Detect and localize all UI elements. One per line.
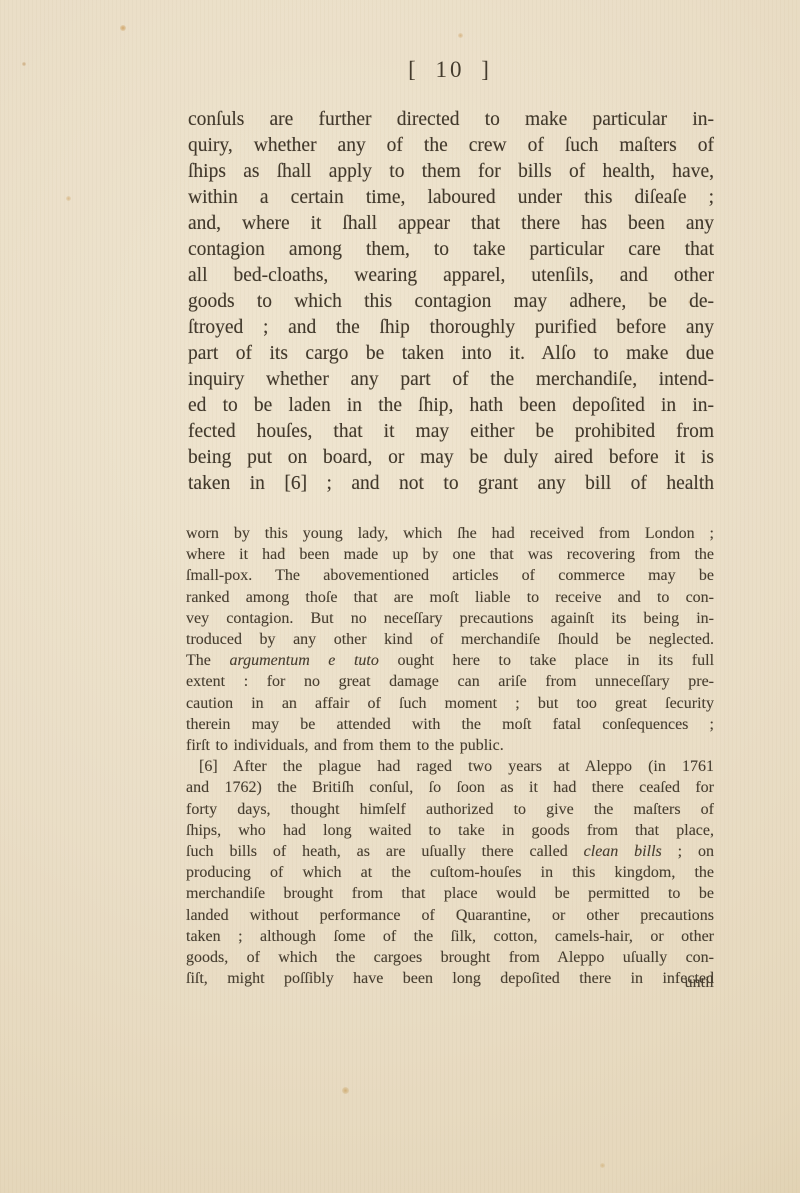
text-line: The argumentum e tuto ought here to take… (186, 650, 714, 671)
catchword: until (186, 972, 714, 993)
book-page: [ 10 ] conſuls are further directed to m… (0, 0, 800, 1193)
text-line: extent : for no great damage can ariſe f… (186, 671, 714, 692)
text-line: taken ; although ſome of the ſilk, cotto… (186, 926, 714, 947)
main-text-block: conſuls are further directed to make par… (188, 107, 714, 497)
text-line: part of its cargo be taken into it. Alſo… (188, 341, 714, 367)
text-line: ſtroyed ; and the ſhip thoroughly purifi… (188, 315, 714, 341)
text-line: ſuch bills of heath, as are uſually ther… (186, 841, 714, 862)
foxing-spot (342, 1087, 349, 1094)
text-line: ſmall-pox. The abovementioned articles o… (186, 565, 714, 586)
text-line: fected houſes, that it may either be pro… (188, 419, 714, 445)
text-line: ranked among thoſe that are moſt liable … (186, 587, 714, 608)
text-line: ſhips as ſhall apply to them for bills o… (188, 159, 714, 185)
text-line: goods to which this contagion may adhere… (188, 289, 714, 315)
text-line: conſuls are further directed to make par… (188, 107, 714, 133)
foxing-spot (600, 1163, 605, 1168)
text-line: goods, of which the cargoes brought from… (186, 947, 714, 968)
text-line: producing of which at the cuſtom-houſes … (186, 862, 714, 883)
foxing-spot (66, 196, 71, 201)
foxing-spot (458, 33, 463, 38)
footnote-paragraph-continued: worn by this young lady, which ſhe had r… (186, 523, 714, 756)
text-line: forty days, thought himſelf authorized t… (186, 799, 714, 820)
text-line: troduced by any other kind of merchandiſ… (186, 629, 714, 650)
text-line: all bed-cloaths, wearing apparel, utenſi… (188, 263, 714, 289)
text-line: [6] After the plague had raged two years… (186, 756, 714, 777)
page-number: [ 10 ] (186, 57, 714, 83)
text-line: ſhips, who had long waited to take in go… (186, 820, 714, 841)
text-line: quiry, whether any of the crew of ſuch m… (188, 133, 714, 159)
text-line: where it had been made up by one that wa… (186, 544, 714, 565)
text-line: therein may be attended with the moſt fa… (186, 714, 714, 735)
text-line: caution in an affair of ſuch moment ; bu… (186, 693, 714, 714)
text-line: taken in [6] ; and not to grant any bill… (188, 471, 714, 497)
text-line: contagion among them, to take particular… (188, 237, 714, 263)
foxing-spot (22, 62, 26, 66)
text-line: vey contagion. But no neceſſary precauti… (186, 608, 714, 629)
text-line: ed to be laden in the ſhip, hath been de… (188, 393, 714, 419)
text-line: inquiry whether any part of the merchand… (188, 367, 714, 393)
text-line: landed without performance of Quarantine… (186, 905, 714, 926)
foxing-spot (120, 25, 126, 31)
text-line: worn by this young lady, which ſhe had r… (186, 523, 714, 544)
text-line: within a certain time, laboured under th… (188, 185, 714, 211)
text-line: and, where it ſhall appear that there ha… (188, 211, 714, 237)
text-line: and 1762) the Britiſh conſul, ſo ſoon as… (186, 777, 714, 798)
footnote-block: worn by this young lady, which ſhe had r… (186, 523, 714, 989)
text-line: being put on board, or may be duly aired… (188, 445, 714, 471)
text-line: merchandiſe brought from that place woul… (186, 883, 714, 904)
text-line: firſt to individuals, and from them to t… (186, 735, 714, 756)
footnote-paragraph-6: [6] After the plague had raged two years… (186, 756, 714, 989)
